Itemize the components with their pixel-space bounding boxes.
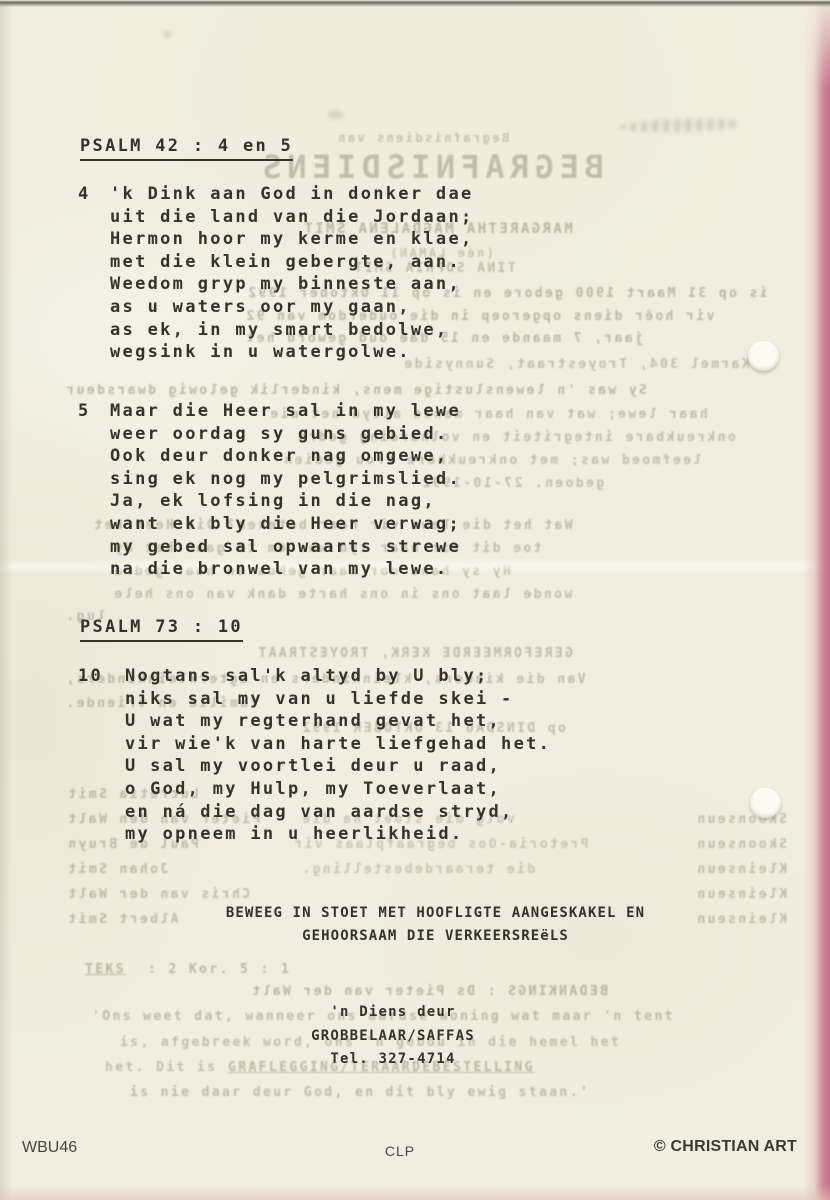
text-line: as ek, in my smart bedolwe, xyxy=(110,319,474,342)
text-line: weer oordag sy guns gebied. xyxy=(110,423,461,446)
stanza-lines: Nogtans sal'k altyd by U bly;niks sal my… xyxy=(125,665,551,846)
bleed-through-line: Johan Smit xyxy=(66,862,168,877)
bleed-through-line: BEDANKINGS : Ds Pieter van der Walt xyxy=(250,984,608,999)
text-line: want ek bly die Heer verwag; xyxy=(110,513,461,536)
scan-edge-pink-fade xyxy=(804,0,830,90)
punch-hole-bottom xyxy=(750,788,781,818)
bleed-through-line: GEREFORMEERDE KERK, TROYESTRAAT xyxy=(256,646,573,661)
text-line: Ook deur donker nag omgewe, xyxy=(110,445,461,468)
text-line: 'k Dink aan God in donker dae xyxy=(110,183,474,206)
bleed-through-line: die teraardebestelling. xyxy=(300,862,535,877)
text-line: GEHOORSAAM DIE VERKEERSREëLS xyxy=(41,925,830,948)
scan-edge-top xyxy=(0,0,830,7)
text-line: Hermon hoor my kerme en klae, xyxy=(110,228,474,251)
text-line: na die bronwel van my lewe. xyxy=(110,558,461,581)
footer-copyright: © CHRISTIAN ART xyxy=(654,1138,797,1156)
bleed-through-line: Kleinseun xyxy=(695,862,787,877)
text-line: as u waters oor my gaan, xyxy=(110,296,474,319)
text-line: 'n Diens deur xyxy=(0,1001,786,1025)
stanza-number: 10 xyxy=(78,665,103,688)
funeral-procession-notice: BEWEEG IN STOET MET HOOFLIGTE AANGESKAKE… xyxy=(41,902,830,948)
text-line: U sal my voortlei deur u raad, xyxy=(125,755,551,778)
bleed-through-line: Kleinseun xyxy=(695,887,787,902)
stanza-number: 5 xyxy=(78,400,91,423)
text-line: Ja, ek lofsing in die nag, xyxy=(110,490,461,513)
scan-edge-left xyxy=(0,0,12,1200)
text-line: o God, my Hulp, my Toeverlaat, xyxy=(125,778,551,801)
text-line: niks sal my van u liefde skei - xyxy=(125,688,551,711)
scan-edge-pink-band xyxy=(804,0,830,1200)
service-credit: 'n Diens deurGROBBELAAR/SAFFASTel. 327-4… xyxy=(0,1001,786,1072)
stanza-10: 10 Nogtans sal'k altyd by U bly;niks sal… xyxy=(78,665,551,846)
text-line: GROBBELAAR/SAFFAS xyxy=(0,1025,786,1049)
bleed-through-line: is nie daar deur God, en dit bly ewig st… xyxy=(130,1085,590,1100)
bleed-through-line: Chris van der Walt xyxy=(66,887,250,902)
stanza-4: 4 'k Dink aan God in donker daeuit die l… xyxy=(78,183,474,364)
text-line: Maar die Heer sal in my lewe xyxy=(110,400,461,423)
text-line: BEWEEG IN STOET MET HOOFLIGTE AANGESKAKE… xyxy=(41,902,830,925)
text-line: vir wie'k van harte liefgehad het. xyxy=(125,733,551,756)
text-line: U wat my regterhand gevat het, xyxy=(125,710,551,733)
text-line: Weedom gryp my binneste aan, xyxy=(110,273,474,296)
text-line: met die klein gebergte, aan. xyxy=(110,251,474,274)
stanza-lines: Maar die Heer sal in my leweweer oordag … xyxy=(110,400,461,581)
stanza-number: 4 xyxy=(78,183,91,206)
text-line: Nogtans sal'k altyd by U bly; xyxy=(125,665,551,688)
bleed-through-line: BEGRAFNISDIENS xyxy=(257,148,604,186)
scan-edge-bottom xyxy=(0,1184,830,1200)
scanned-page: Begrafnisdiens vanBEGRAFNISDIENSMARGARET… xyxy=(0,0,830,1200)
bleed-through-line: : 2 Kor. 5 : 1 xyxy=(148,962,291,977)
text-line: sing ek nog my pelgrimslied. xyxy=(110,468,461,491)
bleed-through-line: Skoonseun xyxy=(695,837,787,852)
paper-speck xyxy=(328,110,343,119)
stanza-lines: 'k Dink aan God in donker daeuit die lan… xyxy=(110,183,474,364)
bleed-through-line: Begrafnisdiens van xyxy=(336,131,509,145)
bleed-through-line: Sy was 'n lewenslustige mens, kinderlik … xyxy=(64,383,647,398)
paper-speck xyxy=(163,31,172,38)
stanza-5: 5 Maar die Heer sal in my leweweer oorda… xyxy=(78,400,461,581)
text-line: my gebed sal opwaarts strewe xyxy=(110,536,461,559)
bleed-through-line: wonde laat ons in ons harte dank van ons… xyxy=(112,587,572,602)
text-line: en ná die dag van aardse stryd, xyxy=(125,801,551,824)
text-line: Tel. 327-4714 xyxy=(0,1048,786,1072)
psalm-42-heading: PSALM 42 : 4 en 5 xyxy=(80,136,293,161)
punch-hole-top xyxy=(748,341,779,371)
psalm-73-heading: PSALM 73 : 10 xyxy=(80,617,243,642)
text-line: uit die land van die Jordaan; xyxy=(110,206,474,229)
text-line: wegsink in u watergolwe. xyxy=(110,341,474,364)
bleed-through-line: TEKS xyxy=(85,962,126,977)
text-line: my opneem in u heerlikheid. xyxy=(125,823,551,846)
